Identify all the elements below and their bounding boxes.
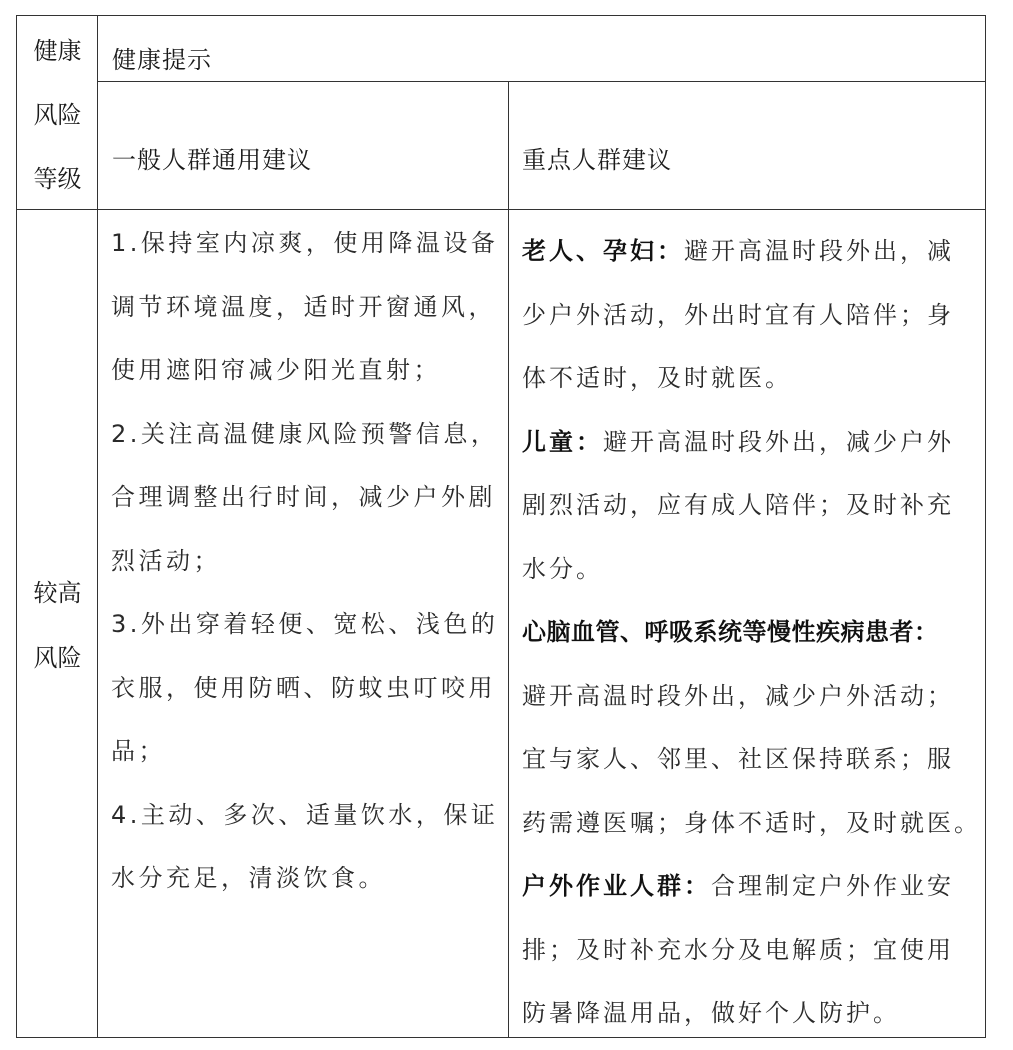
general-advice-line: 2.关注高温健康风险预警信息， bbox=[111, 403, 506, 467]
key-group-outdoor: 户外作业人群：合理制定户外作业安 bbox=[522, 855, 982, 919]
group-text-line: 少户外活动，外出时宜有人陪伴；身 bbox=[522, 284, 982, 348]
level-header-line: 等级 bbox=[34, 159, 82, 194]
general-advice-cell: 1.保持室内凉爽，使用降温设备 调节环境温度，适时开窗通风， 使用遮阳帘减少阳光… bbox=[111, 212, 506, 911]
group-text: 合理制定户外作业安 bbox=[711, 872, 954, 900]
level-header-line: 健康 bbox=[34, 31, 82, 66]
general-advice-line: 1.保持室内凉爽，使用降温设备 bbox=[111, 212, 506, 276]
group-text: 避开高温时段外出，减 bbox=[684, 237, 954, 265]
divider-general-key bbox=[508, 81, 509, 1037]
group-text-line: 宜与家人、邻里、社区保持联系；服 bbox=[522, 728, 982, 792]
general-advice-line: 衣服，使用防晒、防蚊虫叮咬用 bbox=[111, 657, 506, 721]
general-advice-line: 品； bbox=[111, 720, 506, 784]
group-text-line: 体不适时，及时就医。 bbox=[522, 347, 982, 411]
group-text-line: 水分。 bbox=[522, 538, 982, 602]
risk-level-cell: 较高 风险 bbox=[17, 209, 98, 1037]
key-group-chronic: 心脑血管、呼吸系统等慢性疾病患者： bbox=[522, 601, 982, 665]
group-label: 户外作业人群： bbox=[522, 872, 711, 900]
general-advice-line: 烈活动； bbox=[111, 530, 506, 594]
divider-header-body bbox=[17, 209, 985, 210]
group-text-line: 剧烈活动，应有成人陪伴；及时补充 bbox=[522, 474, 982, 538]
risk-level-line: 风险 bbox=[34, 638, 82, 673]
group-text-line: 防暑降温用品，做好个人防护。 bbox=[522, 982, 982, 1046]
group-label: 儿童： bbox=[522, 428, 603, 456]
divider-tips-header bbox=[97, 81, 985, 82]
general-advice-header: 一般人群通用建议 bbox=[112, 140, 312, 175]
group-text-line: 避开高温时段外出，减少户外活动； bbox=[522, 665, 982, 729]
key-group-advice-cell: 老人、孕妇：避开高温时段外出，减 少户外活动，外出时宜有人陪伴；身 体不适时，及… bbox=[522, 220, 982, 1046]
general-advice-line: 合理调整出行时间，减少户外剧 bbox=[111, 466, 506, 530]
risk-level-line: 较高 bbox=[34, 573, 82, 608]
tips-header: 健康提示 bbox=[112, 40, 212, 75]
level-header-line: 风险 bbox=[34, 95, 82, 130]
group-text-line: 排；及时补充水分及电解质；宜使用 bbox=[522, 919, 982, 983]
key-group-advice-header: 重点人群建议 bbox=[522, 140, 672, 175]
group-label: 老人、孕妇： bbox=[522, 237, 684, 265]
general-advice-line: 3.外出穿着轻便、宽松、浅色的 bbox=[111, 593, 506, 657]
level-header: 健康 风险 等级 bbox=[17, 16, 98, 209]
general-advice-line: 水分充足，清淡饮食。 bbox=[111, 847, 506, 911]
key-group-children: 儿童：避开高温时段外出，减少户外 bbox=[522, 411, 982, 475]
general-advice-line: 4.主动、多次、适量饮水，保证 bbox=[111, 784, 506, 848]
general-advice-line: 调节环境温度，适时开窗通风， bbox=[111, 276, 506, 340]
key-group-elderly: 老人、孕妇：避开高温时段外出，减 bbox=[522, 220, 982, 284]
group-label: 心脑血管、呼吸系统等慢性疾病患者： bbox=[522, 618, 939, 646]
health-risk-table: 健康 风险 等级 健康提示 一般人群通用建议 重点人群建议 较高 风险 1.保持… bbox=[16, 15, 986, 1038]
group-text: 避开高温时段外出，减少户外 bbox=[603, 428, 954, 456]
group-text-line: 药需遵医嘱；身体不适时，及时就医。 bbox=[522, 792, 982, 856]
general-advice-line: 使用遮阳帘减少阳光直射； bbox=[111, 339, 506, 403]
